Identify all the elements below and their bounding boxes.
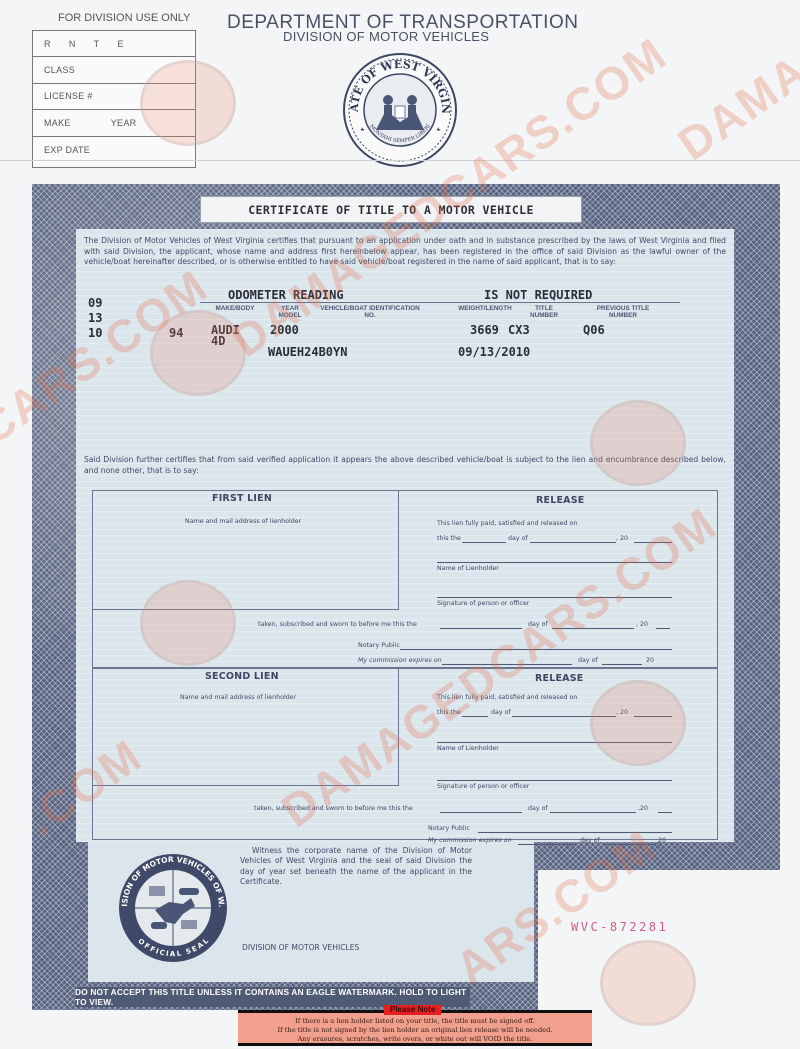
witness-paragraph: Witness the corporate name of the Divisi… — [240, 846, 472, 888]
second-lienholder-label: Name of Lienholder — [437, 745, 499, 752]
column-weight-length: WEIGHT/LENGTH — [450, 305, 520, 312]
first-commission-day-field[interactable] — [442, 664, 572, 665]
watermark-text: DAMA — [668, 43, 800, 171]
first-lienholder-label: Name of Lienholder — [437, 565, 499, 572]
please-note-box: If there is a lien holder listed on your… — [238, 1010, 592, 1046]
first-commission-month-field[interactable] — [602, 664, 642, 665]
division-subtitle: DIVISION OF MOTOR VEHICLES — [283, 29, 489, 44]
license-row: LICENSE # — [33, 84, 195, 110]
column-make-body: MAKE/BODY — [200, 305, 270, 312]
make-label: MAKE — [44, 118, 71, 128]
first-release-day-of: day of — [508, 535, 528, 542]
document-serial-number: WVC-872281 — [571, 920, 668, 934]
date-day: 13 — [88, 311, 102, 325]
certificate-title: CERTIFICATE OF TITLE TO A MOTOR VEHICLE — [248, 203, 534, 217]
date-year: 10 — [88, 326, 102, 340]
first-sworn-text: taken, subscribed and sworn to before me… — [258, 621, 417, 628]
first-sworn-day-of: day of — [528, 621, 548, 628]
first-signature-field[interactable] — [437, 597, 672, 598]
second-release-text: This lien fully paid, satisfied and rele… — [437, 694, 577, 701]
second-release-this-the: this the — [437, 709, 461, 716]
first-sworn-year: , 20 — [636, 621, 648, 628]
first-release-year-field[interactable] — [634, 542, 672, 543]
second-lien-heading: SECOND LIEN — [205, 671, 279, 682]
second-signature-field[interactable] — [437, 780, 672, 781]
first-release-year-prefix: , 20 — [616, 535, 628, 542]
first-lien-name-label: Name and mail address of lienholder — [185, 518, 301, 525]
class-row: CLASS — [33, 57, 195, 83]
odometer-status: IS NOT REQUIRED — [484, 288, 592, 302]
first-release-this-the: this the — [437, 535, 461, 542]
certification-paragraph: The Division of Motor Vehicles of West V… — [84, 236, 726, 268]
first-commission-year: 20 — [646, 657, 654, 664]
make-year-row: MAKE YEAR — [33, 110, 195, 136]
class-label: CLASS — [44, 65, 75, 75]
rnte-row: R N T E — [33, 31, 195, 57]
second-sworn-day-field[interactable] — [440, 812, 522, 813]
second-notary-field[interactable] — [478, 832, 672, 833]
rnte-t: T — [94, 39, 100, 49]
first-signature-label: Signature of person or officer — [437, 600, 529, 607]
second-sworn-text: taken, subscribed and sworn to before me… — [254, 805, 413, 812]
first-lien-name-box — [92, 490, 399, 610]
watermark-warning-bar: DO NOT ACCEPT THIS TITLE UNLESS IT CONTA… — [75, 987, 470, 1007]
first-commission-label: My commission expires on — [358, 657, 442, 664]
lien-paragraph: Said Division further certifies that fro… — [84, 455, 726, 476]
vehicle-year: 2000 — [270, 323, 299, 337]
second-sworn-year: ,20 — [638, 805, 648, 812]
second-release-year-prefix: , 20 — [616, 709, 628, 716]
vehicle-body: 4D — [211, 334, 225, 348]
second-commission-day-field[interactable] — [518, 844, 576, 845]
first-release-heading: RELEASE — [536, 495, 584, 506]
second-sworn-day-of: day of — [528, 805, 548, 812]
second-release-day-of: day of — [491, 709, 511, 716]
note-line-3: Any erasures, scratches, write overs, or… — [238, 1035, 592, 1044]
rnte-r: R — [44, 39, 51, 49]
second-commission-month-field[interactable] — [604, 844, 654, 845]
second-commission-label: My commission expires on — [428, 837, 512, 844]
second-lienholder-name-field[interactable] — [437, 742, 672, 743]
vehicle-weight: 3669 — [470, 323, 499, 337]
first-lien-heading: FIRST LIEN — [212, 493, 272, 504]
header-divider — [0, 160, 800, 161]
first-release-month-field[interactable] — [530, 542, 616, 543]
division-use-box: R N T E CLASS LICENSE # MAKE YEAR EXP DA… — [32, 30, 196, 168]
second-sworn-year-field[interactable] — [658, 812, 672, 813]
first-notary-field[interactable] — [400, 649, 672, 650]
column-title-number: TITLE NUMBER — [522, 305, 566, 319]
exp-date-row: EXP DATE — [33, 137, 195, 163]
second-release-day-field[interactable] — [462, 716, 488, 717]
title-number: CX3 — [508, 323, 530, 337]
date-month: 09 — [88, 296, 102, 310]
first-sworn-day-field[interactable] — [440, 628, 522, 629]
rnte-e: E — [117, 39, 123, 49]
second-lien-name-box — [92, 668, 399, 786]
exp-date-label: EXP DATE — [44, 145, 90, 155]
second-release-heading: RELEASE — [535, 673, 583, 684]
watermark-warning: DO NOT ACCEPT THIS TITLE UNLESS IT CONTA… — [75, 987, 470, 1007]
first-release-text: This lien fully paid, satisfied and rele… — [437, 520, 577, 527]
first-sworn-year-field[interactable] — [656, 628, 670, 629]
note-line-1: If there is a lien holder listed on your… — [238, 1017, 592, 1026]
vehicle-code: 94 — [169, 326, 183, 340]
dmv-official-seal-icon: DIVISION OF MOTOR VEHICLES OF W.VA. OFFI… — [117, 852, 229, 964]
second-sworn-month-field[interactable] — [550, 812, 636, 813]
column-previous-title: PREVIOUS TITLE NUMBER — [586, 305, 660, 319]
first-notary-label: Notary Public — [358, 642, 400, 649]
division-use-title: FOR DIVISION USE ONLY — [58, 12, 190, 24]
second-release-month-field[interactable] — [512, 716, 616, 717]
certificate-title-box: CERTIFICATE OF TITLE TO A MOTOR VEHICLE — [200, 196, 582, 223]
previous-title-number: Q06 — [583, 323, 605, 337]
year-label: YEAR — [111, 118, 137, 128]
rnte-n: N — [69, 39, 76, 49]
odometer-label: ODOMETER READING — [228, 288, 344, 302]
west-virginia-seal-icon: STATE OF WEST VIRGINIA MONTANI SEMPER LI… — [342, 52, 458, 168]
please-note-title: Please Note — [384, 1005, 441, 1015]
first-lienholder-name-field[interactable] — [437, 562, 672, 563]
first-sworn-month-field[interactable] — [552, 628, 634, 629]
note-line-2: If the title is not signed by the lien h… — [238, 1026, 592, 1035]
second-lien-name-label: Name and mail address of lienholder — [180, 694, 296, 701]
second-signature-label: Signature of person or officer — [437, 783, 529, 790]
second-commission-year: 20 — [658, 837, 666, 844]
issue-date: 09/13/2010 — [458, 345, 530, 359]
column-vin: VEHICLE/BOAT IDENTIFICATION NO. — [318, 305, 422, 319]
first-commission-day-of: day of — [578, 657, 598, 664]
dmv-signature-label: DIVISION OF MOTOR VEHICLES — [242, 943, 359, 952]
first-release-day-field[interactable] — [462, 542, 506, 543]
outside-area — [538, 870, 800, 1010]
second-notary-label: Notary Public — [428, 825, 470, 832]
column-year-model: YEAR MODEL — [272, 305, 308, 319]
vehicle-vin: WAUEH24B0YN — [268, 345, 347, 359]
license-label: LICENSE # — [44, 91, 93, 101]
odometer-underline — [200, 302, 680, 303]
second-commission-day-of: day of — [580, 837, 600, 844]
second-release-year-field[interactable] — [634, 716, 672, 717]
